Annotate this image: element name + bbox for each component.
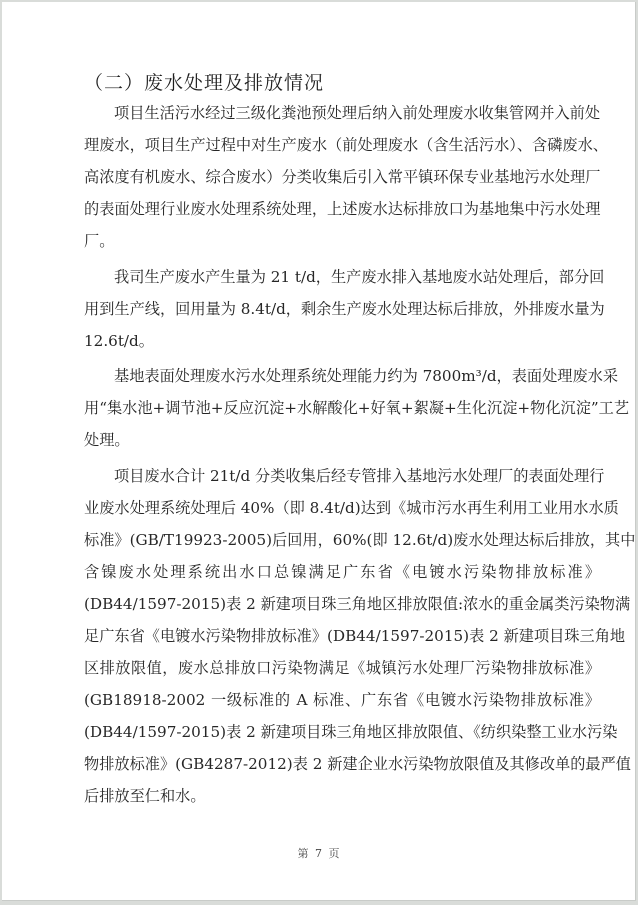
- paragraph-4-line-3: 标准》(GB/T19923-2005)后回用，60%(即 12.6t/d)废水处…: [84, 530, 600, 550]
- paragraph-2-line-2: 用到生产线，回用量为 8.4t/d，剩余生产废水处理达标后排放，外排废水量为: [84, 299, 600, 319]
- paragraph-1-line-5: 厂。: [84, 231, 600, 251]
- paragraph-1-line-2: 理废水，项目生产过程中对生产废水（前处理废水（含生活污水）、含磷废水、: [84, 135, 600, 155]
- paragraph-1-line-1: 项目生活污水经过三级化粪池预处理后纳入前处理废水收集管网并入前处: [114, 103, 600, 123]
- paragraph-4-line-10: 物排放标准》(GB4287-2012)表 2 新建企业水污染物放限值及其修改单的…: [84, 754, 600, 774]
- paragraph-4-line-11: 后排放至仁和水。: [84, 786, 600, 806]
- paragraph-4-line-4: 含镍废水处理系统出水口总镍满足广东省《电镀水污染物排放标准》: [84, 562, 600, 582]
- paragraph-4-line-6: 足广东省《电镀水污染物排放标准》(DB44/1597-2015)表 2 新建项目…: [84, 626, 600, 646]
- paragraph-3-line-3: 处理。: [84, 430, 600, 450]
- paragraph-3-line-1: 基地表面处理废水污水处理系统处理能力约为 7800m³/d，表面处理废水采: [114, 366, 600, 386]
- paragraph-2-line-1: 我司生产废水产生量为 21 t/d，生产废水排入基地废水站处理后，部分回: [114, 267, 600, 287]
- paragraph-4-line-8: (GB18918-2002 一级标准的 A 标准、广东省《电镀水污染物排放标准》: [84, 690, 600, 710]
- paragraph-4-line-1: 项目废水合计 21t/d 分类收集后经专管排入基地污水处理厂的表面处理行: [114, 466, 600, 486]
- paragraph-2-line-3: 12.6t/d。: [84, 331, 600, 351]
- document-page: （二）废水处理及排放情况 项目生活污水经过三级化粪池预处理后纳入前处理废水收集管…: [2, 2, 636, 901]
- paragraph-3-line-2: 用“集水池+调节池+反应沉淀+水解酸化+好氧+絮凝+生化沉淀+物化沉淀”工艺: [84, 398, 600, 418]
- paragraph-1-line-3: 高浓度有机废水、综合废水）分类收集后引入常平镇环保专业基地污水处理厂: [84, 167, 600, 187]
- paragraph-4-line-7: 区排放限值，废水总排放口污染物满足《城镇污水处理厂污染物排放标准》: [84, 658, 600, 678]
- paragraph-4-line-5: (DB44/1597-2015)表 2 新建项目珠三角地区排放限值:浓水的重金属…: [84, 594, 600, 614]
- paragraph-4-line-2: 业废水处理系统处理后 40%（即 8.4t/d)达到《城市污水再生利用工业用水水…: [84, 498, 600, 518]
- paragraph-1-line-4: 的表面处理行业废水处理系统处理，上述废水达标排放口为基地集中污水处理: [84, 199, 600, 219]
- paragraph-4-line-9: (DB44/1597-2015)表 2 新建项目珠三角地区排放限值、《纺织染整工…: [84, 722, 600, 742]
- page-number: 第 7 页: [2, 845, 635, 861]
- section-heading: （二）废水处理及排放情况: [84, 68, 324, 95]
